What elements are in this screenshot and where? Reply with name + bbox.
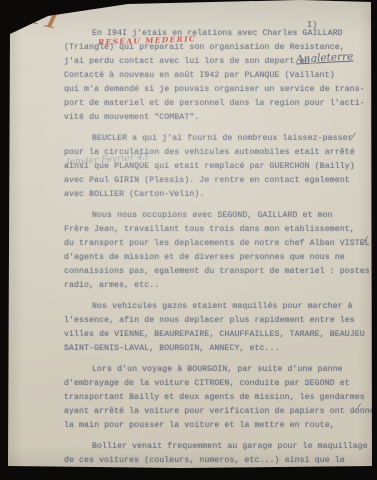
- typed-line: Lors d'un voyage à BOURGOIN, par suite d…: [64, 363, 369, 377]
- typed-line: Nos vehicules gazos etaient maquillés po…: [64, 300, 369, 314]
- typed-line: En I94I j'etais en relations avec Charle…: [64, 27, 369, 41]
- typed-line: d'embrayage de la voiture CITROEN, condu…: [64, 377, 369, 391]
- typed-line: SAINT-GENIS-LAVAL, BOURGOIN, ANNECY, etc…: [64, 342, 369, 356]
- paper-sheet: 11 I) RESEAU MEDERIC Angleterre Janvier …: [0, 0, 377, 480]
- typed-line: port de materiel et de personnel dans la…: [64, 97, 369, 111]
- typed-line: pour la circulation des vehicules automo…: [64, 146, 369, 160]
- typed-line: radio, armes, etc..: [64, 279, 369, 293]
- typed-line: avec Paul GIRIN (Plessis). Je rentre en …: [64, 174, 369, 188]
- paragraph: Lors d'un voyage à BOURGOIN, par suite d…: [64, 363, 369, 433]
- typed-line: avec BOLLIER (Carton-Velin).: [64, 188, 369, 202]
- typed-line: Bollier venait frequemment au garage pou…: [64, 440, 369, 454]
- paragraph: BEUCLER a qui j'ai fourni de nombreux la…: [64, 132, 369, 202]
- paragraph: Nos vehicules gazos etaient maquillés po…: [64, 300, 369, 356]
- typed-line: d'agents de mission et de diverses perso…: [64, 251, 369, 265]
- paragraph: Nous nous occupions avec SEGOND, GAILLAR…: [64, 209, 369, 293]
- paragraph: En I94I j'etais en relations avec Charle…: [64, 27, 369, 125]
- typed-line: ainsi que PLANQUE qui etait remplacé par…: [64, 160, 369, 174]
- typed-line: l'essence, afin de nous deplacer plus ra…: [64, 314, 369, 328]
- typed-line: Contacté à nouveau en août I942 par PLAN…: [64, 69, 369, 83]
- typed-line: du transport pour les deplacements de no…: [64, 237, 369, 251]
- typed-line: Frère Jean, travaillant tous trois dans …: [64, 223, 369, 237]
- typed-line: qui m'a demandé si je pouvais organiser …: [64, 83, 369, 97]
- scanned-typewritten-page: { "colors": { "paper": "#d5cfc1", "backg…: [0, 0, 377, 480]
- handwritten-sheet-number: 11: [25, 2, 63, 34]
- typed-text-block: En I94I j'etais en relations avec Charle…: [64, 27, 369, 475]
- typed-line: BEUCLER a qui j'ai fourni de nombreux la…: [64, 132, 369, 146]
- paragraph: Bollier venait frequemment au garage pou…: [64, 440, 369, 468]
- typed-line: connaissions pas, egalement du transport…: [64, 265, 369, 279]
- typed-line: (Triangle) qui preparait son organisatio…: [64, 41, 369, 55]
- typed-line: vité du mouvement "COMBAT".: [64, 111, 369, 125]
- typed-line: la main pour pousser la voiture et la me…: [64, 419, 369, 433]
- typed-line: villes de VIENNE, BEAUREPAIRE, CHAUFFAIL…: [64, 328, 369, 342]
- typed-line: j'ai perdu contact avec lui lors de son …: [64, 55, 369, 69]
- typed-line: transportant Bailly et deux agents de mi…: [64, 391, 369, 405]
- typed-line: Nous nous occupions avec SEGOND, GAILLAR…: [64, 209, 369, 223]
- typed-line: ayant arrêté la voiture pour verificatio…: [64, 405, 369, 419]
- typed-line: de ces voitures (couleurs, numeros, etc.…: [64, 454, 369, 468]
